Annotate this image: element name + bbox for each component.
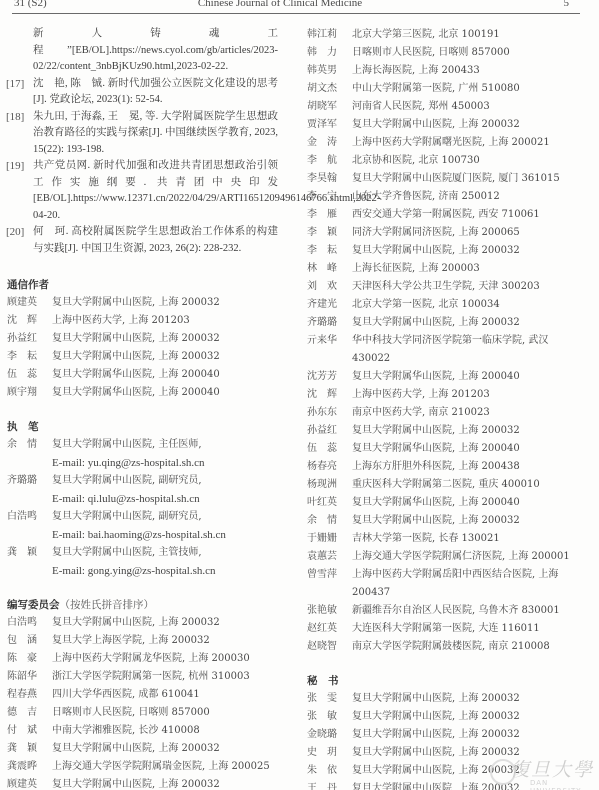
member-affiliation: 北京大学第三医院, 北京 100191 [352,26,587,44]
writer-email[interactable]: E-mail: gong.ying@zs-hospital.sh.cn [52,562,300,580]
watermark-text: 復旦大學 [510,755,594,782]
committee-entry: 于姗姗吉林大学第一医院, 长春 130021 [300,530,599,548]
committee-entry: 韩 力日喀则市人民医院, 日喀则 857000 [300,44,599,62]
member-name: 德 吉 [7,704,49,722]
member-name: 叶红英 [307,494,349,512]
member-affiliation: 吉林大学第一医院, 长春 130021 [352,530,587,548]
member-name: 陈 豪 [7,650,49,668]
writer-name: 白浩鸣 [7,508,49,526]
watermark-subtext: DAN UNIVERSITY [530,779,595,790]
committee-entry: 余 情复旦大学附属中山医院, 上海 200032 [300,512,599,530]
member-name: 于姗姗 [307,530,349,548]
member-affiliation: 复旦大学附属中山医院, 上海 200032 [52,740,287,758]
reference-item: 新人铸魂工程”[EB/OL].https://news.cyol.com/gb/… [0,26,300,76]
member-name: 刘 欢 [307,278,349,296]
member-name: 李昊翰 [307,170,349,188]
writer-entry: 龚 颖 复旦大学附属中山医院, 主管技师, E-mail: gong.ying@… [0,544,300,580]
member-affiliation: 复旦大学附属华山医院, 上海 200040 [352,440,587,458]
member-affiliation: 天津医科大学公共卫生学院, 天津 300203 [352,278,587,296]
author-affiliation: 复旦大学附属中山医院, 上海 200032 [52,348,287,366]
left-column: 新人铸魂工程”[EB/OL].https://news.cyol.com/gb/… [0,26,300,790]
reference-text: 何 珂. 高校附属医院学生思想政治工作体系的构建与实践[J]. 中国卫生资源, … [33,224,278,257]
committee-entry: 韩江莉北京大学第三医院, 北京 100191 [300,26,599,44]
author-entry: 顾宇翔复旦大学附属华山医院, 上海 200040 [0,384,300,402]
author-entry: 李 耘复旦大学附属中山医院, 上海 200032 [0,348,300,366]
member-name: 亓来华 [307,332,349,350]
author-name: 顾建英 [7,294,49,312]
author-entry: 顾建英复旦大学附属中山医院, 上海 200032 [0,294,300,312]
member-affiliation: 复旦大学附属中山医院, 上海 200032 [52,776,287,790]
member-name: 杨春亮 [307,458,349,476]
member-name: 孙益红 [307,422,349,440]
author-name: 孙益红 [7,330,49,348]
writer-email[interactable]: E-mail: qi.lulu@zs-hospital.sh.cn [52,490,300,508]
member-name: 胡文杰 [307,80,349,98]
secretary-affiliation: 复旦大学附属中山医院, 上海 200032 [352,726,587,744]
member-affiliation: 同济大学附属同济医院, 上海 200065 [352,224,587,242]
member-name: 齐建光 [307,296,349,314]
university-watermark: 復旦大學 DAN UNIVERSITY [490,755,595,789]
writer-name: 龚 颖 [7,544,49,562]
committee-entry: 陈韶华浙江大学医学院附属第一医院, 杭州 310003 [0,668,300,686]
member-name: 韩 力 [307,44,349,62]
section-title: 执 笔 [7,418,300,436]
secretary-name: 史 玥 [307,744,349,762]
member-name: 程春燕 [7,686,49,704]
header-divider [12,13,580,14]
member-name: 沈芳芳 [307,368,349,386]
member-affiliation: 河南省人民医院, 郑州 450003 [352,98,587,116]
author-entry: 孙益红复旦大学附属中山医院, 上海 200032 [0,330,300,348]
member-affiliation: 重庆医科大学附属第二医院, 重庆 400010 [352,476,587,494]
committee-entry: 贾泽军复旦大学附属中山医院, 上海 200032 [300,116,599,134]
member-name: 李 雁 [307,206,349,224]
reference-item: [17] 沈 艳, 陈 铖. 新时代加强公立医院文化建设的思考[J]. 党政论坛… [0,76,300,109]
committee-entry: 李 颖同济大学附属同济医院, 上海 200065 [300,224,599,242]
reference-number: [17] [6,76,24,93]
author-entry: 伍 蕊复旦大学附属华山医院, 上海 200040 [0,366,300,384]
committee-entry: 龚震晔上海交通大学医学院附属瑞金医院, 上海 200025 [0,758,300,776]
committee-title: 编写委员会 [7,599,60,611]
committee-entry: 伍 蕊复旦大学附属华山医院, 上海 200040 [300,440,599,458]
member-affiliation: 上海东方肝胆外科医院, 上海 200438 [352,458,587,476]
committee-entry: 龚 颖复旦大学附属中山医院, 上海 200032 [0,740,300,758]
writers-section: 执 笔 余 情 复旦大学附属中山医院, 主任医师, E-mail: yu.qin… [0,418,300,580]
reference-number: [20] [6,224,24,241]
member-affiliation: 西安交通大学第一附属医院, 西安 710061 [352,206,587,224]
committee-entry: 李 雁西安交通大学第一附属医院, 西安 710061 [300,206,599,224]
reference-item: [20] 何 珂. 高校附属医院学生思想政治工作体系的构建与实践[J]. 中国卫… [0,224,300,257]
committee-entry: 沈 辉上海中医药大学, 上海 201203 [300,386,599,404]
secretary-entry: 张 敏复旦大学附属中山医院, 上海 200032 [300,708,599,726]
committee-entry: 付 斌中南大学湘雅医院, 长沙 410008 [0,722,300,740]
section-title: 通信作者 [7,276,300,294]
member-affiliation: 复旦大学附属中山医院厦门医院, 厦门 361015 [352,170,587,188]
member-name: 赵晓智 [307,638,349,656]
writer-affiliation: 复旦大学附属中山医院, 主任医师, [52,436,287,454]
member-name: 伍 蕊 [307,440,349,458]
committee-entry: 陈 豪上海中医药大学附属龙华医院, 上海 200030 [0,650,300,668]
committee-section: 编写委员会（按姓氏拼音排序） 白浩鸣复旦大学附属中山医院, 上海 200032 … [0,596,300,790]
committee-entry: 韩英男上海长海医院, 上海 200433 [300,62,599,80]
author-affiliation: 复旦大学附属华山医院, 上海 200040 [52,384,287,402]
member-affiliation: 南京大学医学院附属鼓楼医院, 南京 210008 [352,638,587,656]
member-name: 顾建英 [7,776,49,790]
member-name: 贾泽军 [307,116,349,134]
member-affiliation: 上海中医药大学附属龙华医院, 上海 200030 [52,650,287,668]
committee-entry: 赵红英大连医科大学附属第一医院, 大连 116011 [300,620,599,638]
section-title: 秘 书 [307,672,599,690]
member-affiliation: 上海中医药大学附属岳阳中西医结合医院, 上海 200437 [352,566,587,602]
committee-entry: 赵晓智南京大学医学院附属鼓楼医院, 南京 210008 [300,638,599,656]
member-affiliation: 上海交通大学医学院附属瑞金医院, 上海 200025 [52,758,287,776]
member-name: 杨现洲 [307,476,349,494]
committee-entry: 李 航北京协和医院, 北京 100730 [300,152,599,170]
writer-entry: 白浩鸣 复旦大学附属中山医院, 副研究员, E-mail: bai.haomin… [0,508,300,544]
writer-email[interactable]: E-mail: yu.qing@zs-hospital.sh.cn [52,454,300,472]
secretary-entry: 张 雯复旦大学附属中山医院, 上海 200032 [300,690,599,708]
author-affiliation: 复旦大学附属中山医院, 上海 200032 [52,330,287,348]
author-affiliation: 上海中医药大学, 上海 201203 [52,312,287,330]
committee-entry: 李 宁山东大学齐鲁医院, 济南 250012 [300,188,599,206]
section-title: 编写委员会（按姓氏拼音排序） [7,596,300,614]
page-header: 31 (S2) Chinese Journal of Clinical Medi… [0,0,599,14]
secretary-name: 张 敏 [307,708,349,726]
reference-text: 新人铸魂工程”[EB/OL].https://news.cyol.com/gb/… [33,26,278,76]
committee-sort-note: （按姓氏拼音排序） [60,599,155,611]
reference-item: [19] 共产党员网. 新时代加强和改进共青团思想政治引领工作实施纲要. 共青团… [0,158,300,224]
reference-number: [19] [6,158,24,175]
committee-entry: 齐璐璐复旦大学附属中山医院, 上海 200032 [300,314,599,332]
committee-entry: 曾雪萍上海中医药大学附属岳阳中西医结合医院, 上海 200437 [300,566,599,602]
writer-affiliation: 复旦大学附属中山医院, 副研究员, [52,508,287,526]
committee-entry: 杨现洲重庆医科大学附属第二医院, 重庆 400010 [300,476,599,494]
member-affiliation: 上海长征医院, 上海 200003 [352,260,587,278]
corresponding-authors-section: 通信作者 顾建英复旦大学附属中山医院, 上海 200032 沈 辉上海中医药大学… [0,276,300,402]
writer-name: 余 情 [7,436,49,454]
member-affiliation: 上海长海医院, 上海 200433 [352,62,587,80]
member-name: 韩江莉 [307,26,349,44]
author-entry: 沈 辉上海中医药大学, 上海 201203 [0,312,300,330]
committee-entry: 胡晓军河南省人民医院, 郑州 450003 [300,98,599,116]
secretary-entry: 金晓璐复旦大学附属中山医院, 上海 200032 [300,726,599,744]
member-name: 李 宁 [307,188,349,206]
writer-affiliation: 复旦大学附属中山医院, 副研究员, [52,472,287,490]
member-affiliation: 山东大学齐鲁医院, 济南 250012 [352,188,587,206]
member-affiliation: 北京协和医院, 北京 100730 [352,152,587,170]
committee-entry: 沈芳芳复旦大学附属华山医院, 上海 200040 [300,368,599,386]
member-name: 李 耘 [307,242,349,260]
member-affiliation: 新疆维吾尔自治区人民医院, 乌鲁木齐 830001 [352,602,587,620]
member-name: 沈 辉 [307,386,349,404]
author-name: 沈 辉 [7,312,49,330]
writer-entry: 余 情 复旦大学附属中山医院, 主任医师, E-mail: yu.qing@zs… [0,436,300,472]
member-name: 余 情 [307,512,349,530]
member-name: 曾雪萍 [307,566,349,584]
committee-entry: 亓来华华中科技大学同济医学院第一临床学院, 武汉 430022 [300,332,599,368]
member-affiliation: 南京中医药大学, 南京 210023 [352,404,587,422]
reference-text: 朱九田, 于海淼, 王 冕, 等. 大学附属医院学生思想政治教育路径的实践与探索… [33,109,278,159]
member-affiliation: 复旦大学附属中山医院, 上海 200032 [352,242,587,260]
secretary-name: 金晓璐 [307,726,349,744]
committee-entry: 袁蕙芸上海交通大学医学院附属仁济医院, 上海 200001 [300,548,599,566]
reference-list: 新人铸魂工程”[EB/OL].https://news.cyol.com/gb/… [0,26,300,257]
member-affiliation: 复旦大学附属中山医院, 上海 200032 [352,512,587,530]
member-affiliation: 复旦大学附属华山医院, 上海 200040 [352,368,587,386]
committee-entry: 程春燕四川大学华西医院, 成都 610041 [0,686,300,704]
author-name: 伍 蕊 [7,366,49,384]
member-affiliation: 复旦大学附属中山医院, 上海 200032 [352,314,587,332]
member-name: 龚 颖 [7,740,49,758]
member-affiliation: 复旦大学附属中山医院, 上海 200032 [352,116,587,134]
member-affiliation: 上海中医药大学, 上海 201203 [352,386,587,404]
reference-text: 共产党员网. 新时代加强和改进共青团思想政治引领工作实施纲要. 共青团中央印发[… [33,158,278,224]
committee-entry: 林 峰上海长征医院, 上海 200003 [300,260,599,278]
reference-item: [18] 朱九田, 于海淼, 王 冕, 等. 大学附属医院学生思想政治教育路径的… [0,109,300,159]
member-name: 赵红英 [307,620,349,638]
member-affiliation: 浙江大学医学院附属第一医院, 杭州 310003 [52,668,287,686]
secretary-affiliation: 复旦大学附属中山医院, 上海 200032 [352,708,587,726]
secretary-affiliation: 复旦大学附属中山医院, 上海 200032 [352,690,587,708]
member-affiliation: 日喀则市人民医院, 日喀则 857000 [52,704,287,722]
journal-title: Chinese Journal of Clinical Medicine [0,0,560,9]
committee-entry: 刘 欢天津医科大学公共卫生学院, 天津 300203 [300,278,599,296]
committee-entry: 叶红英复旦大学附属华山医院, 上海 200040 [300,494,599,512]
member-name: 胡晓军 [307,98,349,116]
member-name: 金 涛 [307,134,349,152]
member-affiliation: 复旦大学附属华山医院, 上海 200040 [352,494,587,512]
member-affiliation: 四川大学华西医院, 成都 610041 [52,686,287,704]
member-name: 李 颖 [307,224,349,242]
member-name: 袁蕙芸 [307,548,349,566]
member-name: 龚震晔 [7,758,49,776]
member-affiliation: 日喀则市人民医院, 日喀则 857000 [352,44,587,62]
member-name: 陈韶华 [7,668,49,686]
member-name: 孙东东 [307,404,349,422]
writer-affiliation: 复旦大学附属中山医院, 主管技师, [52,544,287,562]
committee-entry: 李 耘复旦大学附属中山医院, 上海 200032 [300,242,599,260]
member-name: 白浩鸣 [7,614,49,632]
right-column: 韩江莉北京大学第三医院, 北京 100191 韩 力日喀则市人民医院, 日喀则 … [300,26,599,790]
secretary-name: 朱 依 [307,762,349,780]
member-name: 李 航 [307,152,349,170]
committee-entry: 杨春亮上海东方肝胆外科医院, 上海 200438 [300,458,599,476]
member-affiliation: 中山大学附属第一医院, 广州 510080 [352,80,587,98]
writer-email[interactable]: E-mail: bai.haoming@zs-hospital.sh.cn [52,526,300,544]
committee-entry: 顾建英复旦大学附属中山医院, 上海 200032 [0,776,300,790]
committee-entry: 齐建光北京大学第一医院, 北京 100034 [300,296,599,314]
author-affiliation: 复旦大学附属华山医院, 上海 200040 [52,366,287,384]
writer-entry: 齐璐璐 复旦大学附属中山医院, 副研究员, E-mail: qi.lulu@zs… [0,472,300,508]
member-affiliation: 复旦大学上海医学院, 上海 200032 [52,632,287,650]
author-affiliation: 复旦大学附属中山医院, 上海 200032 [52,294,287,312]
author-name: 李 耘 [7,348,49,366]
member-name: 包 涵 [7,632,49,650]
member-affiliation: 北京大学第一医院, 北京 100034 [352,296,587,314]
author-name: 顾宇翔 [7,384,49,402]
member-name: 付 斌 [7,722,49,740]
secretary-name: 王 丹 [307,780,349,790]
member-affiliation: 上海中医药大学附属曙光医院, 上海 200021 [352,134,587,152]
secretary-name: 张 雯 [307,690,349,708]
committee-entry: 李昊翰复旦大学附属中山医院厦门医院, 厦门 361015 [300,170,599,188]
member-affiliation: 华中科技大学同济医学院第一临床学院, 武汉 430022 [352,332,587,368]
member-name: 张艳敏 [307,602,349,620]
committee-entry: 白浩鸣复旦大学附属中山医院, 上海 200032 [0,614,300,632]
member-affiliation: 大连医科大学附属第一医院, 大连 116011 [352,620,587,638]
committee-entry: 孙益红复旦大学附属中山医院, 上海 200032 [300,422,599,440]
member-affiliation: 复旦大学附属中山医院, 上海 200032 [52,614,287,632]
committee-entry: 金 涛上海中医药大学附属曙光医院, 上海 200021 [300,134,599,152]
member-name: 韩英男 [307,62,349,80]
member-affiliation: 上海交通大学医学院附属仁济医院, 上海 200001 [352,548,587,566]
committee-continued: 韩江莉北京大学第三医院, 北京 100191 韩 力日喀则市人民医院, 日喀则 … [300,26,599,656]
member-name: 林 峰 [307,260,349,278]
committee-entry: 孙东东南京中医药大学, 南京 210023 [300,404,599,422]
writer-name: 齐璐璐 [7,472,49,490]
committee-entry: 德 吉日喀则市人民医院, 日喀则 857000 [0,704,300,722]
reference-number: [18] [6,109,24,126]
member-affiliation: 复旦大学附属中山医院, 上海 200032 [352,422,587,440]
committee-entry: 胡文杰中山大学附属第一医院, 广州 510080 [300,80,599,98]
member-name: 齐璐璐 [307,314,349,332]
reference-text: 沈 艳, 陈 铖. 新时代加强公立医院文化建设的思考[J]. 党政论坛, 202… [33,76,278,109]
committee-entry: 包 涵复旦大学上海医学院, 上海 200032 [0,632,300,650]
page-number: 5 [564,0,570,9]
member-affiliation: 中南大学湘雅医院, 长沙 410008 [52,722,287,740]
committee-entry: 张艳敏新疆维吾尔自治区人民医院, 乌鲁木齐 830001 [300,602,599,620]
